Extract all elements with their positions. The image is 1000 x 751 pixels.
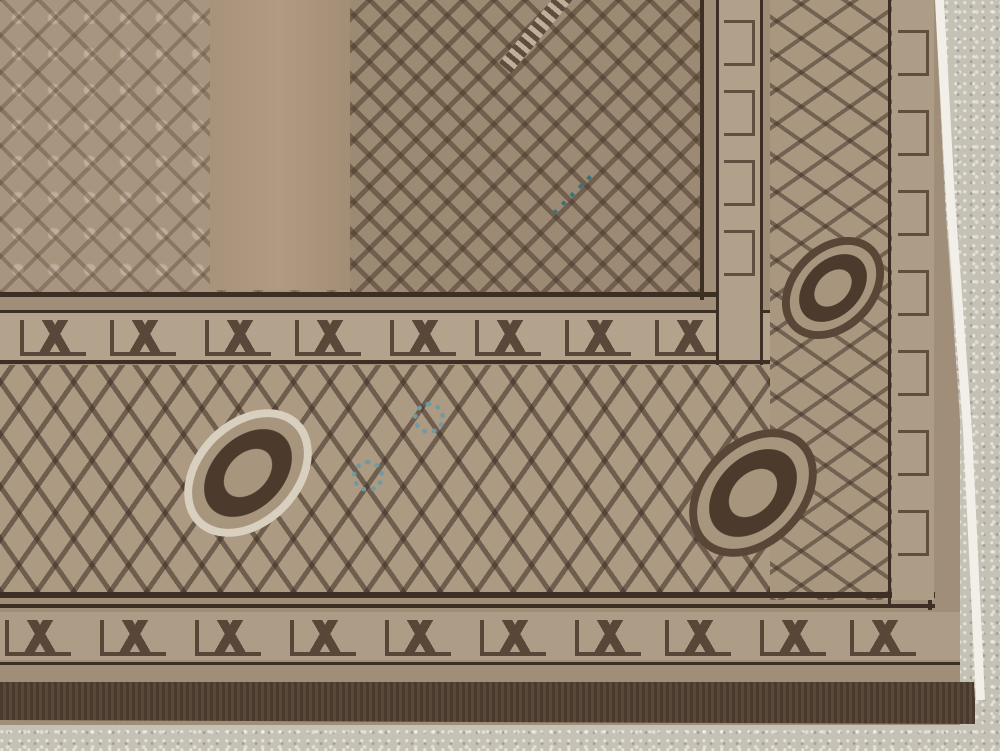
guard-glyph <box>898 110 929 156</box>
guard-glyph <box>205 320 271 356</box>
guard-glyph <box>850 620 916 656</box>
guard-glyph <box>20 320 86 356</box>
inner-guard-stripe-vertical <box>718 0 760 360</box>
guard-glyph <box>898 30 929 76</box>
guard-glyph <box>195 620 261 656</box>
guard-glyph <box>760 620 826 656</box>
guard-glyph <box>898 270 929 316</box>
rug-selvedge <box>0 682 975 724</box>
rug-photo-scene <box>0 0 1000 751</box>
outer-guard-line <box>0 592 935 598</box>
guard-glyph <box>898 350 929 396</box>
guard-glyph <box>575 620 641 656</box>
guard-line <box>760 0 763 370</box>
guard-line <box>700 0 704 300</box>
guard-glyph <box>295 320 361 356</box>
guard-glyph <box>724 90 755 136</box>
guard-line <box>0 292 720 297</box>
guard-line <box>716 0 719 365</box>
main-border <box>0 365 770 595</box>
guard-glyph <box>724 20 755 66</box>
outer-guard-line <box>888 0 891 605</box>
guard-glyph <box>385 620 451 656</box>
rug-field-abrash <box>210 0 350 290</box>
guard-glyph <box>565 320 631 356</box>
guard-glyph <box>724 230 755 276</box>
outer-guard-stripe <box>0 612 960 660</box>
guard-glyph <box>390 320 456 356</box>
guard-glyph <box>5 620 71 656</box>
guard-glyph <box>100 620 166 656</box>
outer-guard-line <box>0 604 935 608</box>
guard-glyph <box>475 320 541 356</box>
rug <box>0 0 960 725</box>
blue-flower-motif <box>413 402 445 434</box>
outer-guard-line <box>0 662 960 665</box>
guard-line <box>0 360 770 364</box>
outer-guard-stripe-vertical <box>892 0 934 600</box>
guard-glyph <box>110 320 176 356</box>
guard-glyph <box>724 160 755 206</box>
guard-glyph <box>898 510 929 556</box>
inner-guard-stripe <box>0 312 770 360</box>
guard-line <box>0 310 770 313</box>
guard-glyph <box>480 620 546 656</box>
guard-glyph <box>898 190 929 236</box>
guard-glyph <box>665 620 731 656</box>
guard-glyph <box>290 620 356 656</box>
guard-glyph <box>898 430 929 476</box>
guard-glyph <box>655 320 721 356</box>
blue-flower-motif <box>352 460 384 492</box>
